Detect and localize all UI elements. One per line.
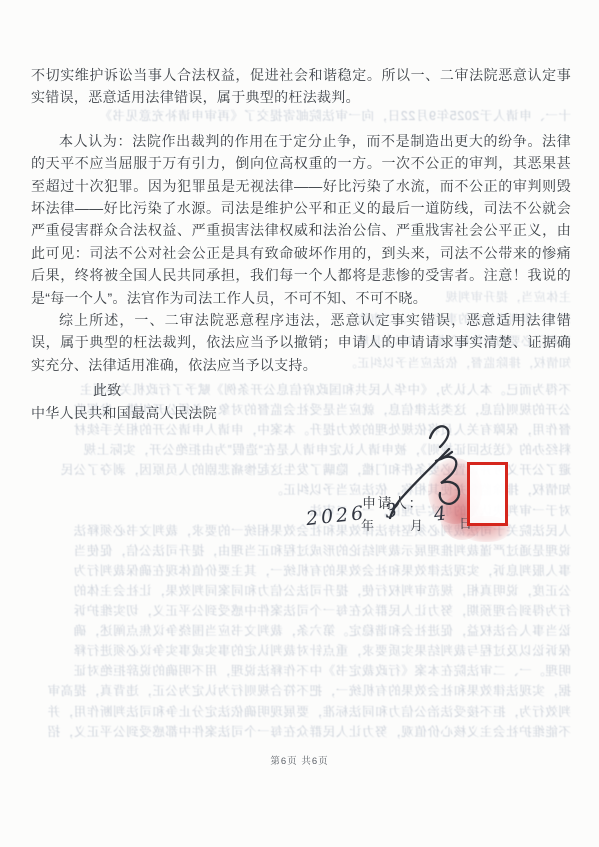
bleedthrough-line: 料经办的《送达回证规则》，被申请人认定申请人是在“造假”为由拒绝公开，实际上规: [31, 440, 571, 460]
bleedthrough-line: 保诉讼以及过程与裁判结果实质要求，重点针对裁判认定的事实或事实争议必须进行释: [31, 641, 571, 661]
document-body: 不切实维护诉讼当事人合法权益，促进社会和谐稳定。所以一、二审法院恶意认定事实错误…: [31, 64, 571, 424]
date-month-unit: 月: [410, 515, 424, 534]
closing-court-name: 中华人民共和国最高人民法院: [31, 402, 571, 424]
bleedthrough-line: 公正度，说明真相，规范审判权行使，提升司法公信力和同案同判效果，让社会主体的: [31, 581, 571, 601]
bleedthrough-line: 判效行为，拒不接受法治公信力和同法标准，要展现明确依法定分止争和司法判断作用，并: [31, 702, 571, 722]
bleedthrough-line: 行为得到合理预期，努力让人民群众在每一个司法案件中感受到公平正义，切实维护诉: [31, 601, 571, 621]
bleedthrough-line: 说理是通过严谨裁判推理展示裁判结论的形成过程和正当理由，提升司法公信，促使当: [31, 541, 571, 561]
bleedthrough-block: 不得为而已。本人认为，《中华人民共和国政府信息公开条例》赋予了行政机关必须主公开…: [31, 380, 571, 742]
date-day: 4: [433, 502, 448, 525]
date-year: 2026: [305, 502, 367, 530]
bleedthrough-line: 据，实现法律效果和社会效果的有机统一，把不符合规则行为认定为公正，违背真，提高审: [31, 681, 571, 701]
bleedthrough-line: 事人服判息诉，实现法律效果和社会效果的有机统一，其主要价值体现在确保裁判行为: [31, 561, 571, 581]
bleedthrough-line: 明理。一、二审法院在本案《行政裁定书》中不作释法说理，用不明确的说辞拒绝对证: [31, 661, 571, 681]
date-year-unit: 年: [361, 515, 375, 534]
scanned-document-page: 十一、申请人于2025年9月22日，向一审法院邮寄提交了《再审申请补充意见书》 …: [0, 0, 599, 847]
paragraph-opinion: 本人认为：法院作出裁判的作用在于定分止争，而不是制造出更大的纷争。法律的天平不应…: [31, 130, 571, 309]
paragraph-continuation: 不切实维护诉讼当事人合法权益，促进社会和谐稳定。所以一、二审法院恶意认定事实错误…: [31, 64, 571, 109]
closing-salute: 此致: [31, 379, 571, 401]
bleedthrough-line: 讼当事人合法权益，促进社会和谐稳定。第六条，裁判文书应当围绕争议焦点阐述，确: [31, 621, 571, 641]
page-footer: 第6页 共6页: [0, 753, 599, 767]
paragraph-conclusion: 综上所述，一、二审法院恶意程序违法，恶意认定事实错误，恶意适用法律错误，属于典型…: [31, 309, 571, 376]
bleedthrough-line: 不能维护社会主义核心价值观，努力让人民群众在每一个司法案件中都感受到公平正义，招: [31, 722, 571, 742]
redaction-box: [467, 462, 508, 526]
